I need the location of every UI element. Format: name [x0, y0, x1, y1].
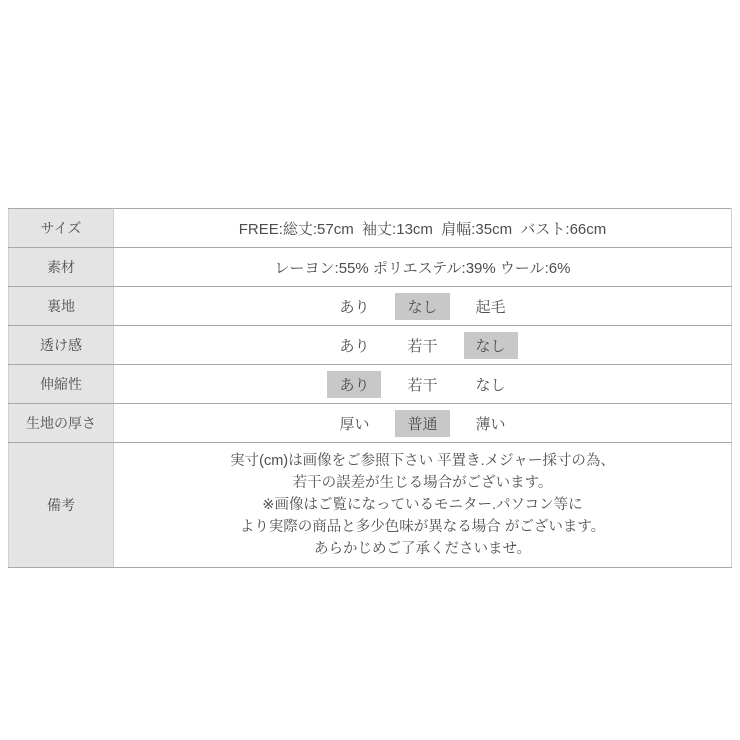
row-label: 素材	[9, 248, 114, 287]
table-row: 伸縮性あり若干なし	[9, 365, 732, 404]
remark-line: 実寸(cm)は画像をご参照下さい 平置き.メジャー採寸の為、	[120, 450, 725, 472]
option: 厚い	[327, 410, 381, 437]
table-row: 素材レーヨン:55% ポリエステル:39% ウール:6%	[9, 248, 732, 287]
option: 起毛	[464, 293, 518, 320]
table-row: 透け感あり若干なし	[9, 326, 732, 365]
row-value: 実寸(cm)は画像をご参照下さい 平置き.メジャー採寸の為、若干の誤差が生じる場…	[114, 443, 732, 568]
row-label: サイズ	[9, 209, 114, 248]
option: 若干	[395, 371, 449, 398]
option-selected: なし	[395, 293, 449, 320]
option-selected: 普通	[395, 410, 449, 437]
option: あり	[327, 293, 381, 320]
remark-line: より実際の商品と多少色味が異なる場合 がございます。	[120, 516, 725, 538]
table-row: 備考実寸(cm)は画像をご参照下さい 平置き.メジャー採寸の為、若干の誤差が生じ…	[9, 443, 732, 568]
spec-rows: サイズFREE:総丈:57cm 袖丈:13cm 肩幅:35cm バスト:66cm…	[9, 209, 732, 568]
option-selected: あり	[327, 371, 381, 398]
product-spec-page: サイズFREE:総丈:57cm 袖丈:13cm 肩幅:35cm バスト:66cm…	[0, 0, 740, 740]
option: 薄い	[464, 410, 518, 437]
spec-text: レーヨン:55% ポリエステル:39% ウール:6%	[275, 260, 571, 277]
product-spec-table: サイズFREE:総丈:57cm 袖丈:13cm 肩幅:35cm バスト:66cm…	[8, 208, 732, 568]
spec-text: FREE:総丈:57cm 袖丈:13cm 肩幅:35cm バスト:66cm	[239, 221, 607, 238]
option: 若干	[395, 332, 449, 359]
table-row: 裏地ありなし起毛	[9, 287, 732, 326]
table-row: 生地の厚さ厚い普通薄い	[9, 404, 732, 443]
option: あり	[327, 332, 381, 359]
row-label: 透け感	[9, 326, 114, 365]
row-label: 備考	[9, 443, 114, 568]
remark-line: ※画像はご覧になっているモニター.パソコン等に	[120, 494, 725, 516]
table-row: サイズFREE:総丈:57cm 袖丈:13cm 肩幅:35cm バスト:66cm	[9, 209, 732, 248]
remark-line: 若干の誤差が生じる場合がございます。	[120, 472, 725, 494]
row-value: あり若干なし	[114, 326, 732, 365]
remark-line: あらかじめご了承くださいませ。	[120, 538, 725, 560]
row-value: 厚い普通薄い	[114, 404, 732, 443]
option: なし	[464, 371, 518, 398]
row-label: 伸縮性	[9, 365, 114, 404]
row-value: FREE:総丈:57cm 袖丈:13cm 肩幅:35cm バスト:66cm	[114, 209, 732, 248]
row-label: 裏地	[9, 287, 114, 326]
row-label: 生地の厚さ	[9, 404, 114, 443]
row-value: レーヨン:55% ポリエステル:39% ウール:6%	[114, 248, 732, 287]
row-value: ありなし起毛	[114, 287, 732, 326]
option-selected: なし	[464, 332, 518, 359]
row-value: あり若干なし	[114, 365, 732, 404]
